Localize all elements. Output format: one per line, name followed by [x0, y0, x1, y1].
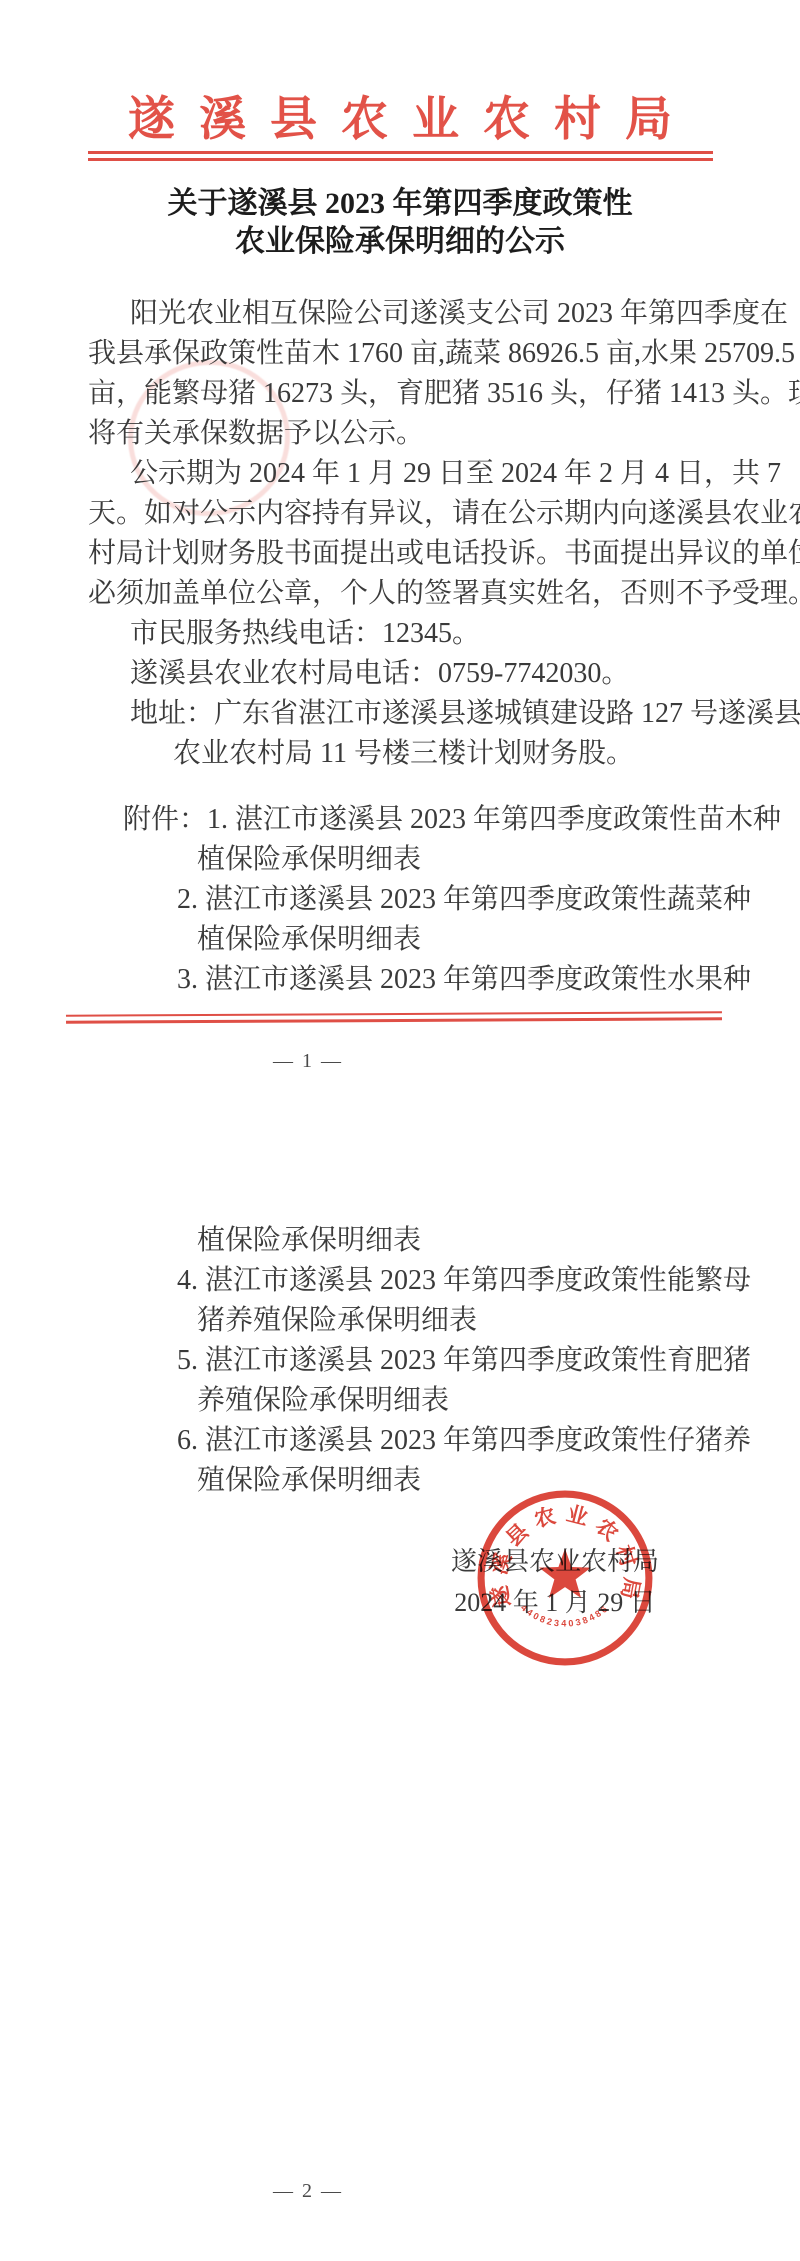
svg-text:4408234038486: 4408234038486: [519, 1602, 611, 1628]
body-line: 农业农村局 11 号楼三楼计划财务股。: [88, 734, 728, 774]
page1-attachment-list: 附件：1. 湛江市遂溪县 2023 年第四季度政策性苗木种 植保险承保明细表 2…: [88, 800, 728, 1000]
letterhead-divider-rule: [88, 151, 713, 161]
attachment-item: 2. 湛江市遂溪县 2023 年第四季度政策性蔬菜种: [88, 880, 728, 920]
page1-body: 阳光农业相互保险公司遂溪支公司 2023 年第四季度在 我县承保政策性苗木 17…: [88, 294, 728, 774]
page1-footer-rule: [66, 1011, 722, 1023]
body-line: 遂溪县农业农村局电话：0759-7742030。: [88, 654, 728, 694]
body-line: 必须加盖单位公章，个人的签署真实姓名，否则不予受理。: [88, 574, 728, 614]
page1-number: — 1 —: [248, 1050, 368, 1073]
body-line: 我县承保政策性苗木 1760 亩,蔬菜 86926.5 亩,水果 25709.5: [88, 334, 728, 374]
body-line: 将有关承保数据予以公示。: [88, 414, 728, 454]
attachment-item: 植保险承保明细表: [88, 1221, 728, 1261]
attachment-item: 猪养殖保险承保明细表: [88, 1301, 728, 1341]
letterhead-org-name: 遂溪县农业农村局: [88, 82, 712, 149]
document-title: 关于遂溪县 2023 年第四季度政策性 农业保险承保明细的公示: [88, 185, 712, 261]
attachment-item: 5. 湛江市遂溪县 2023 年第四季度政策性育肥猪: [88, 1341, 728, 1381]
seal-star: [539, 1549, 591, 1598]
attachment-item: 植保险承保明细表: [88, 920, 728, 960]
body-line: 阳光农业相互保险公司遂溪支公司 2023 年第四季度在: [88, 294, 728, 334]
attachment-item: 附件：1. 湛江市遂溪县 2023 年第四季度政策性苗木种: [88, 800, 728, 840]
document-page: 遂溪县农业农村局 关于遂溪县 2023 年第四季度政策性 农业保险承保明细的公示…: [0, 0, 800, 2261]
attachment-item: 4. 湛江市遂溪县 2023 年第四季度政策性能繁母: [88, 1261, 728, 1301]
body-line: 天。如对公示内容持有异议，请在公示期内向遂溪县农业农: [88, 494, 728, 534]
body-line: 亩，能繁母猪 16273 头，育肥猪 3516 头，仔猪 1413 头。现: [88, 374, 728, 414]
document-title-line2: 农业保险承保明细的公示: [88, 223, 712, 261]
attachment-item: 6. 湛江市遂溪县 2023 年第四季度政策性仔猪养: [88, 1421, 728, 1461]
page2-number: — 2 —: [248, 2180, 368, 2203]
body-line: 地址：广东省湛江市遂溪县遂城镇建设路 127 号遂溪县: [88, 694, 728, 734]
attachment-item: 植保险承保明细表: [88, 840, 728, 880]
document-title-line1: 关于遂溪县 2023 年第四季度政策性: [88, 185, 712, 223]
attachment-item: 养殖保险承保明细表: [88, 1381, 728, 1421]
attachment-item: 3. 湛江市遂溪县 2023 年第四季度政策性水果种: [88, 960, 728, 1000]
body-line: 村局计划财务股书面提出或电话投诉。书面提出异议的单位: [88, 534, 728, 574]
page2-attachment-list: 植保险承保明细表 4. 湛江市遂溪县 2023 年第四季度政策性能繁母 猪养殖保…: [88, 1221, 728, 1501]
seal-code-text: 4408234038486: [519, 1602, 611, 1628]
body-line: 市民服务热线电话：12345。: [88, 614, 728, 654]
body-line: 公示期为 2024 年 1 月 29 日至 2024 年 2 月 4 日，共 7: [88, 454, 728, 494]
official-seal: 遂溪县农业农村局 4408234038486: [474, 1487, 656, 1669]
